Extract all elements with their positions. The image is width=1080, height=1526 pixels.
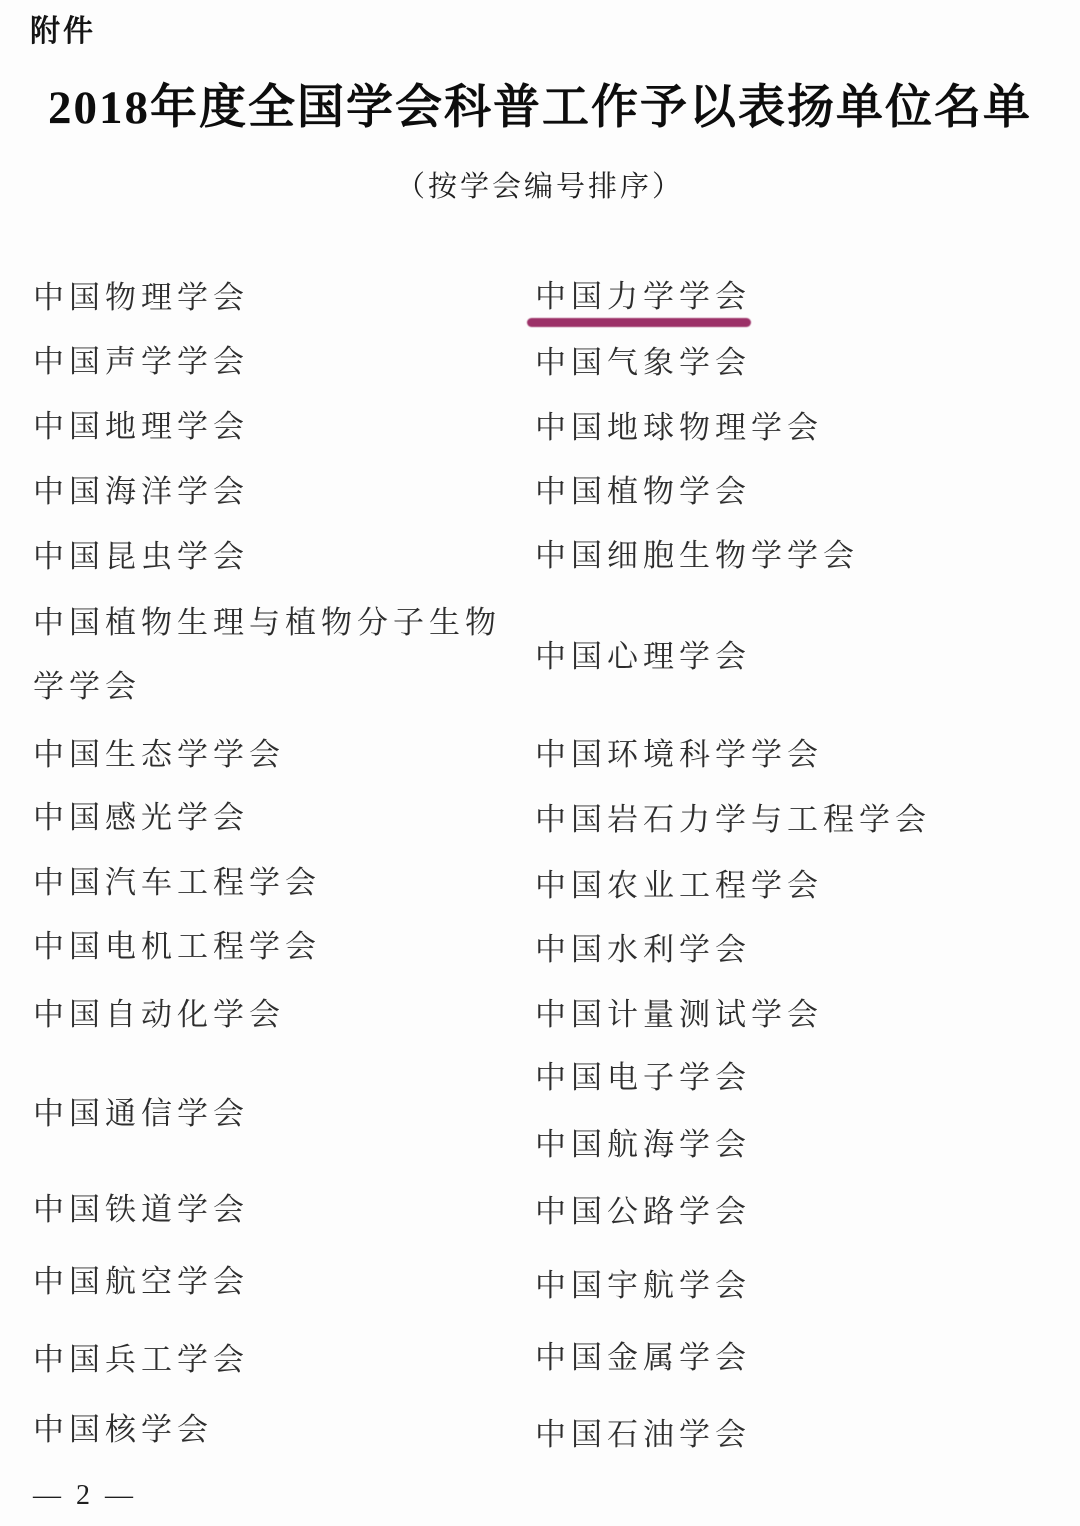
society-name: 中国水利学会 [535,930,751,970]
society-name: 中国铁道学会 [33,1190,249,1230]
society-name: 中国汽车工程学会 [33,863,321,903]
society-name: 中国电机工程学会 [33,927,321,967]
society-name: 中国昆虫学会 [33,537,249,577]
society-name: 中国气象学会 [535,343,751,383]
attachment-label: 附件 [30,6,96,50]
society-name: 中国生态学学会 [33,735,285,775]
society-name: 中国感光学会 [33,798,249,838]
society-name: 中国农业工程学会 [535,866,823,906]
society-name: 中国核学会 [33,1410,213,1450]
society-name: 中国物理学会 [33,278,249,318]
society-name: 中国声学学会 [33,342,249,382]
society-name: 中国环境科学学会 [535,735,823,775]
document-page: 附件 2018年度全国学会科普工作予以表扬单位名单 （按学会编号排序） 中国物理… [0,0,1080,1526]
sort-order-note: （按学会编号排序） [0,164,1080,205]
society-name: 中国航海学会 [535,1125,751,1165]
society-name: 中国海洋学会 [33,472,249,512]
society-name: 中国岩石力学与工程学会 [535,800,931,840]
society-name: 中国植物学会 [535,472,751,512]
society-name: 中国宇航学会 [535,1266,751,1306]
society-name: 中国兵工学会 [33,1340,249,1380]
highlight-underline [527,318,751,327]
society-name: 中国植物生理与植物分子生物学学会 [33,591,521,719]
society-name: 中国计量测试学会 [535,995,823,1035]
page-number: — 2 — [33,1480,137,1512]
society-name-highlighted: 中国力学学会 [535,277,751,317]
page-title: 2018年度全国学会科普工作予以表扬单位名单 [0,70,1080,137]
society-name: 中国心理学会 [535,637,751,677]
society-name: 中国石油学会 [535,1415,751,1455]
society-name: 中国金属学会 [535,1338,751,1378]
society-name: 中国公路学会 [535,1192,751,1232]
society-name: 中国地理学会 [33,407,249,447]
society-name: 中国电子学会 [535,1058,751,1098]
society-name: 中国通信学会 [33,1094,249,1134]
society-name: 中国航空学会 [33,1262,249,1302]
society-name: 中国细胞生物学学会 [535,536,859,576]
society-name: 中国地球物理学会 [535,408,823,448]
society-name: 中国自动化学会 [33,995,285,1035]
